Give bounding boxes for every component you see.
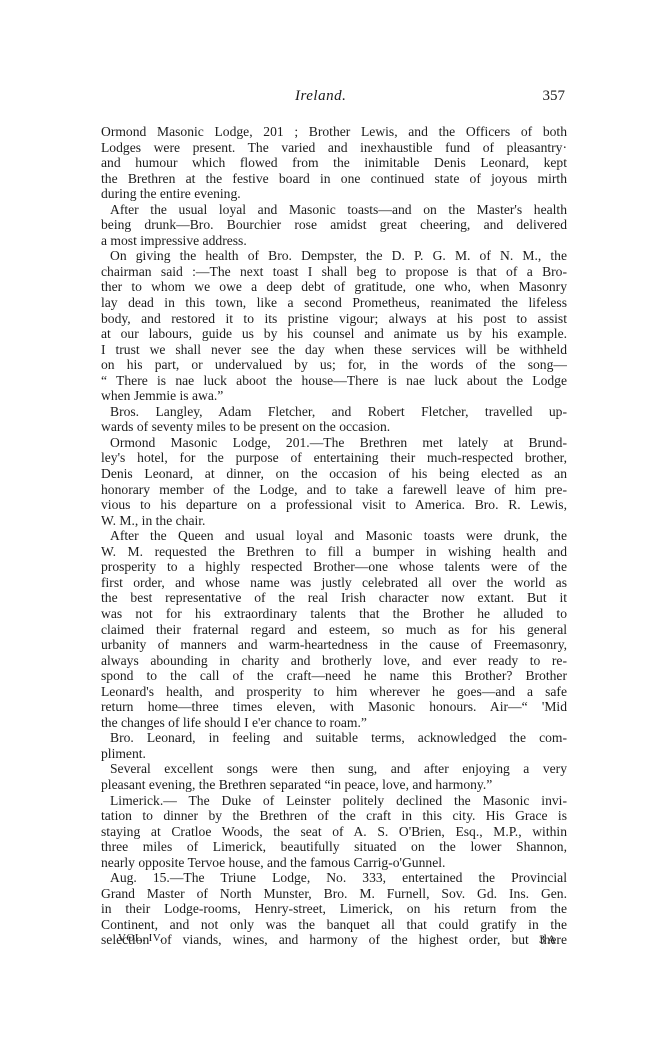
text-line: ther to whom we owe a deep debt of grati… xyxy=(101,279,567,295)
text-line: spond to the call of the craft—need he n… xyxy=(101,668,567,684)
text-line: pleasant evening, the Brethren separated… xyxy=(101,777,567,793)
text-line: return home—three times eleven, with Mas… xyxy=(101,699,567,715)
page-number: 357 xyxy=(543,88,566,105)
text-line: staying at Cratloe Woods, the seat of A.… xyxy=(101,824,567,840)
text-line: Aug. 15.—The Triune Lodge, No. 333, ente… xyxy=(101,870,567,886)
text-line: claimed their fraternal regard and estee… xyxy=(101,622,567,638)
text-line: the changes of life should I e'er chance… xyxy=(101,715,567,731)
text-line: ley's hotel, for the purpose of entertai… xyxy=(101,450,567,466)
text-line: the best representative of the real Iris… xyxy=(101,590,567,606)
text-line: was not for his extraordinary talents th… xyxy=(101,606,567,622)
text-line: W. M. requested the Brethren to fill a b… xyxy=(101,544,567,560)
text-line: being drunk—Bro. Bourchier rose amidst g… xyxy=(101,217,567,233)
text-line: a most impressive address. xyxy=(101,233,567,249)
text-line: when Jemmie is awa.” xyxy=(101,388,567,404)
text-line: I trust we shall never see the day when … xyxy=(101,342,567,358)
book-page: Ireland. 357 Ormond Masonic Lodge, 201 ;… xyxy=(0,0,670,1046)
text-line: vious to his departure on a professional… xyxy=(101,497,567,513)
text-line: Continent, and not only was the banquet … xyxy=(101,917,567,933)
text-line: tation to dinner by the Brethren of the … xyxy=(101,808,567,824)
text-line: always abounding in charity and brotherl… xyxy=(101,653,567,669)
text-line: After the Queen and usual loyal and Maso… xyxy=(101,528,567,544)
signature-mark: 3 A xyxy=(539,932,556,947)
text-line: body, and restored it to its pristine vi… xyxy=(101,311,567,327)
text-line: Denis Leonard, at dinner, on the occasio… xyxy=(101,466,567,482)
text-line: during the entire evening. xyxy=(101,186,567,202)
text-line: prosperity to a highly respected Brother… xyxy=(101,559,567,575)
text-line: wards of seventy miles to be present on … xyxy=(101,419,567,435)
text-line: honorary member of the Lodge, and to tak… xyxy=(101,482,567,498)
text-line: three miles of Limerick, beautifully sit… xyxy=(101,839,567,855)
text-line: Several excellent songs were then sung, … xyxy=(101,761,567,777)
text-line: Grand Master of North Munster, Bro. M. F… xyxy=(101,886,567,902)
text-line: at our labours, guide us by his counsel … xyxy=(101,326,567,342)
text-line: lay dead in this town, like a second Pro… xyxy=(101,295,567,311)
page-footer: VOL. IV. 3 A xyxy=(118,932,556,948)
running-head-title: Ireland. xyxy=(295,88,346,105)
text-line: On giving the health of Bro. Dempster, t… xyxy=(101,248,567,264)
text-line: and humour which flowed from the inimita… xyxy=(101,155,567,171)
text-line: on his part, or undervalued by us; for, … xyxy=(101,357,567,373)
text-line: W. M., in the chair. xyxy=(101,513,567,529)
running-head: Ireland. 357 xyxy=(102,88,565,108)
text-line: the Brethren at the festive board in one… xyxy=(101,171,567,187)
text-line: Lodges were present. The varied and inex… xyxy=(101,140,567,156)
text-line: Ormond Masonic Lodge, 201 ; Brother Lewi… xyxy=(101,124,567,140)
text-line: Limerick.— The Duke of Leinster politely… xyxy=(101,793,567,809)
text-line: in their Lodge-rooms, Henry-street, Lime… xyxy=(101,901,567,917)
text-line: first order, and whose name was justly c… xyxy=(101,575,567,591)
text-line: Leonard's health, and prosperity to him … xyxy=(101,684,567,700)
volume-label: VOL. IV. xyxy=(118,932,163,944)
text-line: Bros. Langley, Adam Fletcher, and Robert… xyxy=(101,404,567,420)
text-line: nearly opposite Tervoe house, and the fa… xyxy=(101,855,567,871)
text-line: urbanity of manners and warm-heartedness… xyxy=(101,637,567,653)
text-line: pliment. xyxy=(101,746,567,762)
text-line: “ There is nae luck aboot the house—Ther… xyxy=(101,373,567,389)
text-line: After the usual loyal and Masonic toasts… xyxy=(101,202,567,218)
body-text: Ormond Masonic Lodge, 201 ; Brother Lewi… xyxy=(101,124,567,948)
text-line: Ormond Masonic Lodge, 201.—The Brethren … xyxy=(101,435,567,451)
text-line: chairman said :—The next toast I shall b… xyxy=(101,264,567,280)
text-line: Bro. Leonard, in feeling and suitable te… xyxy=(101,730,567,746)
